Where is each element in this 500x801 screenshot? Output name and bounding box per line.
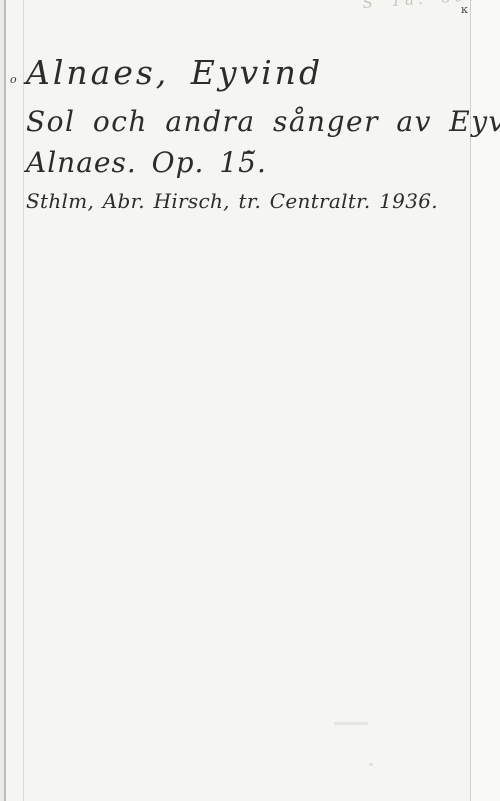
- paper-smudge: [369, 763, 373, 766]
- title-line-1: Sol och andra sånger av Eyvind: [26, 108, 500, 136]
- left-margin-rule: [23, 0, 24, 801]
- catalog-card: S 1a. 39. ĸ o Alnaes, Eyvind Sol och and…: [0, 0, 500, 801]
- paper-smudge: [334, 722, 368, 725]
- imprint-line: Sthlm, Abr. Hirsch, tr. Centraltr. 1936.: [26, 191, 438, 211]
- author-heading: Alnaes, Eyvind: [26, 56, 323, 89]
- title-line-2: Alnaes. Op. 15̃.: [26, 149, 267, 177]
- left-outer-rule: [4, 0, 6, 801]
- entry-prefix-mark: o: [10, 74, 17, 85]
- edge-mark: ĸ: [461, 4, 468, 15]
